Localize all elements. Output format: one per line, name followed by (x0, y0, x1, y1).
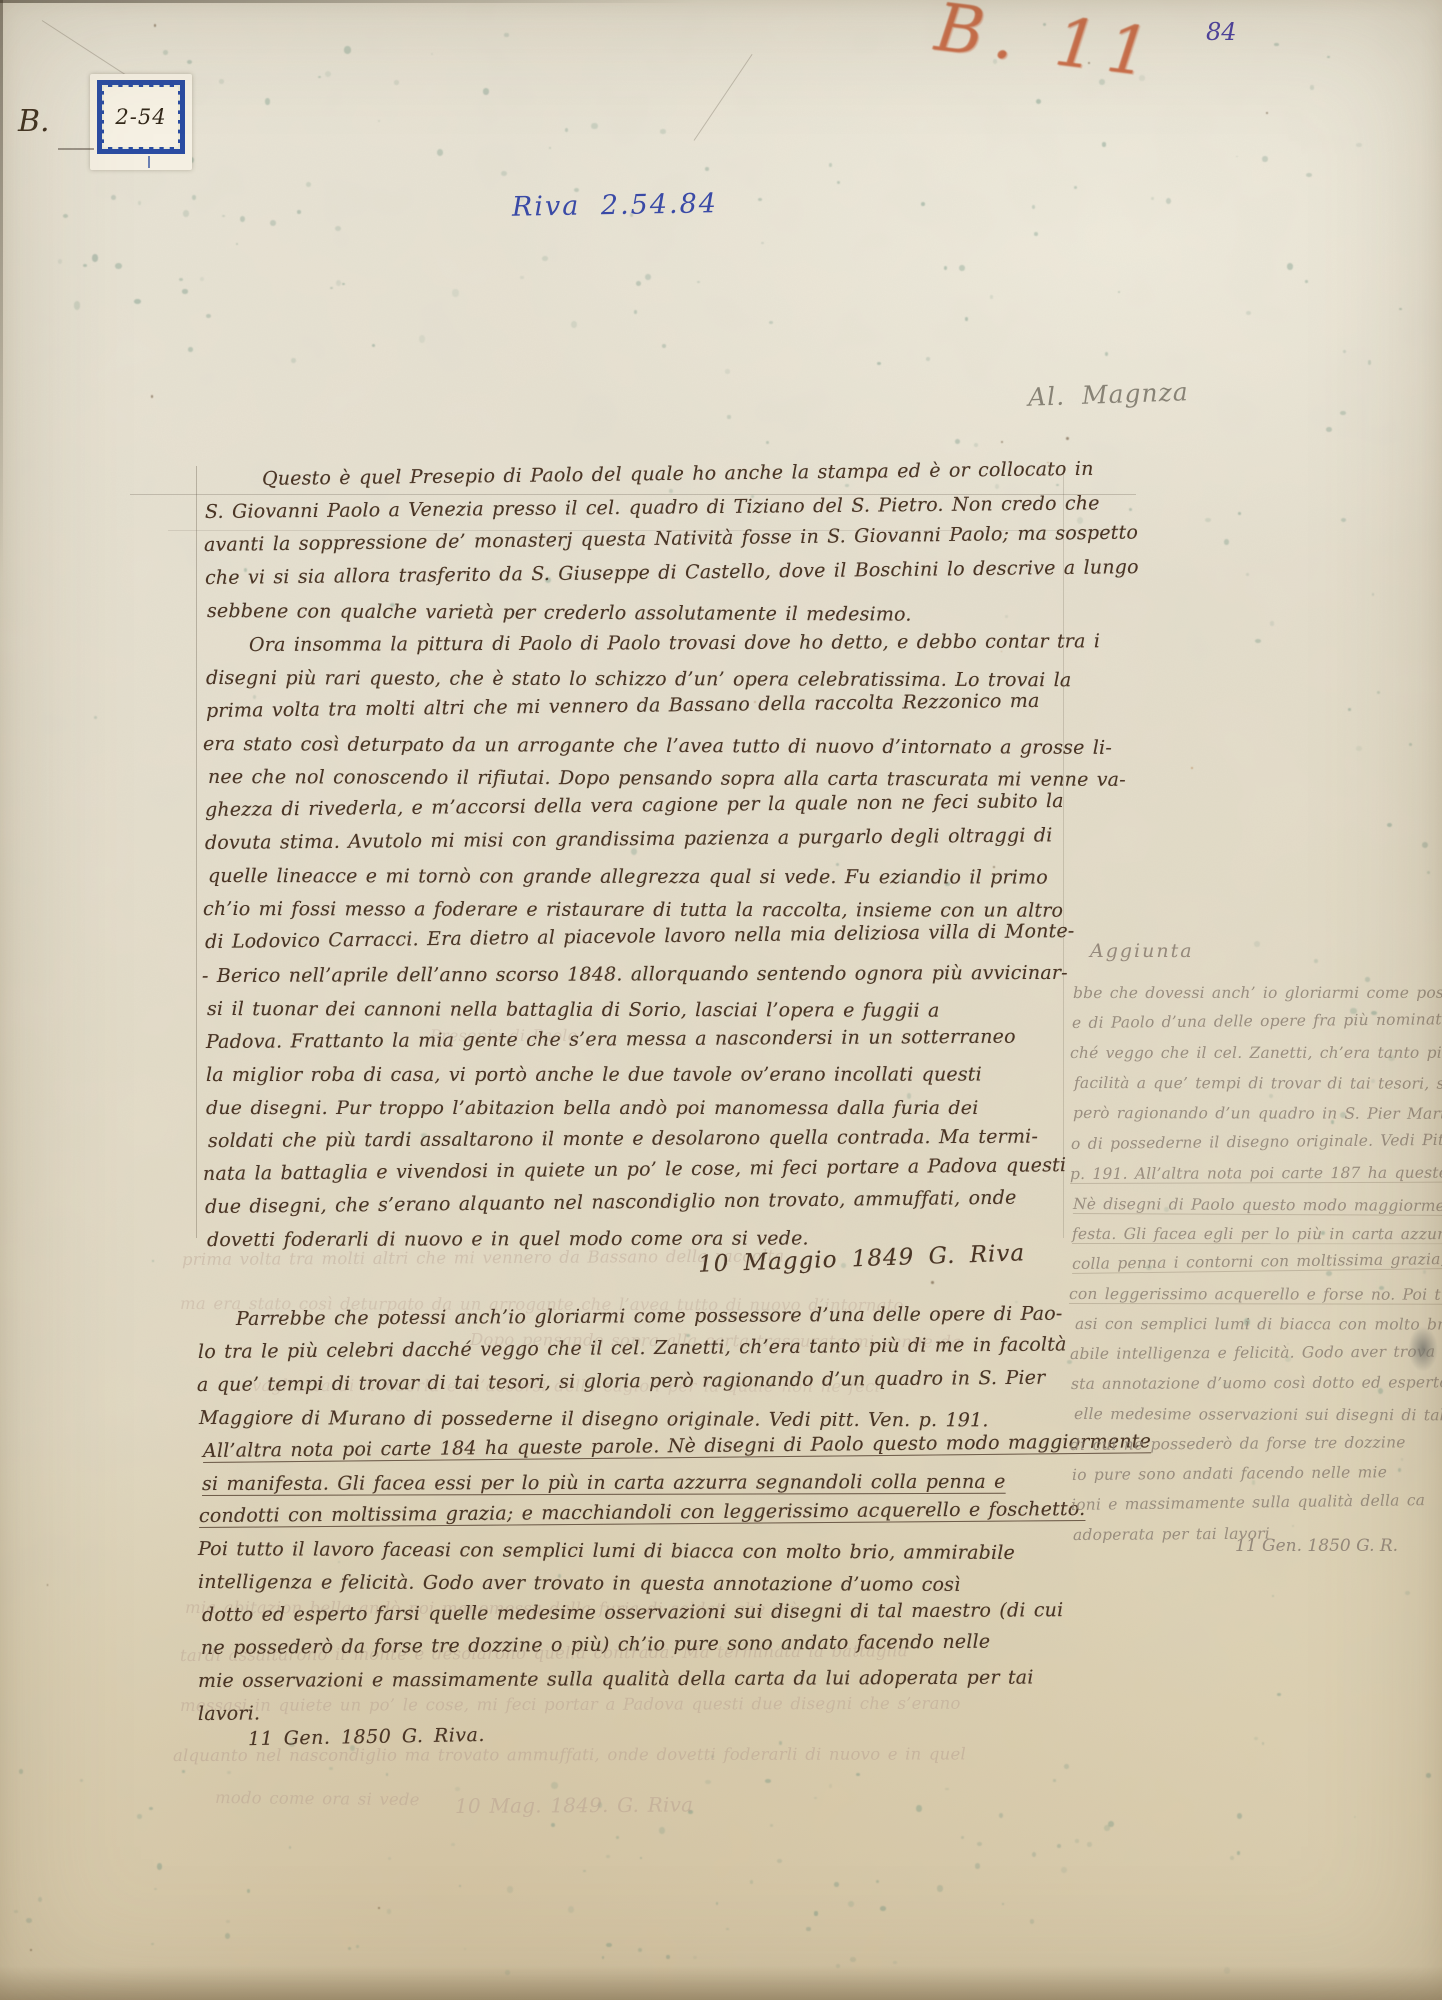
manuscript-line: sebbene con qualche varietà per crederlo… (207, 600, 912, 626)
manuscript-line: si il tuonar dei cannoni nella battaglia… (207, 998, 940, 1022)
manuscript-line: S. Giovanni Paolo a Venezia presso il ce… (205, 492, 1100, 523)
margin-addition-heading: Aggiunta (1090, 940, 1194, 962)
manuscript-line: - Berico nell’aprile dell’anno scorso 18… (202, 961, 1068, 986)
manuscript-line: mie osservazioni e massimamente sulla qu… (198, 1666, 1034, 1691)
pencil-dash (58, 148, 94, 150)
margin-line: di cui ne possederò da forse tre dozzine (1070, 1433, 1406, 1454)
manuscript-line: Ora insomma la pittura di Paolo di Paolo… (249, 630, 1100, 656)
manuscript-line: Parrebbe che potessi anch’io gloriarmi c… (236, 1303, 1063, 1330)
catalog-label-number: 2-54 (115, 105, 166, 129)
collector-initial: B. (18, 104, 50, 139)
margin-line: io pure sono andati facendo nelle mie (1072, 1463, 1387, 1484)
margin-line: sta annotazione d’uomo così dotto ed esp… (1071, 1374, 1442, 1394)
margin-line: o di possederne il disegno originale. Ve… (1071, 1130, 1442, 1152)
manuscript-line: condotti con moltissima grazia; e macchi… (199, 1498, 1086, 1527)
manuscript-line: ch’io mi fossi messo a foderare e ristau… (203, 898, 1063, 922)
manuscript-line: intelligenza e felicità. Godo aver trova… (198, 1571, 960, 1596)
date-signature-1850: 11 Gen. 1850 G. Riva. (248, 1724, 485, 1750)
margin-rule-right (1063, 466, 1064, 1238)
manuscript-line: due disegni, che s’erano alquanto nel na… (205, 1187, 1017, 1218)
margin-line: asi con semplici lumi di biacca con molt… (1075, 1315, 1442, 1334)
paper-edge-top (0, 0, 700, 3)
manuscript-line: di Lodovico Carracci. Era dietro al piac… (205, 920, 1075, 953)
manuscript-line: disegni più rari questo, che è stato lo … (206, 667, 1071, 691)
red-chalk-mark: B. 11 (931, 0, 1163, 92)
margin-line: festa. Gli facea egli per lo più in cart… (1072, 1225, 1442, 1243)
manuscript-line: era stato così deturpato da un arrogante… (203, 733, 1112, 759)
manuscript-line: lo tra le più celebri dacché veggo che i… (198, 1333, 1067, 1363)
manuscript-line: dotto ed esperto farsi quelle medesime o… (202, 1599, 1064, 1626)
margin-line: bbe che dovessi anch’ io gloriarmi come … (1073, 984, 1442, 1002)
margin-addition-date: 11 Gen. 1850 G. R. (1235, 1536, 1398, 1556)
manuscript-line: nee che nol conoscendo il rifiutai. Dopo… (208, 766, 1126, 791)
corner-number: 84 (1206, 18, 1237, 46)
manuscript-line: dovetti foderarli di nuovo e in quel mod… (207, 1228, 809, 1252)
margin-line: però ragionando d’un quadro in S. Pier M… (1073, 1104, 1442, 1123)
margin-line: p. 191. All’altra nota poi carte 187 ha … (1070, 1163, 1442, 1183)
manuscript-page: B. 2-54 Riva 2.54.84 B. 11 84 Al. Magnza… (0, 0, 1442, 2000)
manuscript-line: che vi si sia allora trasferito da S. Gi… (205, 556, 1139, 589)
margin-line: ché veggo che il cel. Zanetti, ch’era ta… (1070, 1044, 1442, 1062)
margin-line: con leggerissimo acquerello e forse no. … (1069, 1285, 1442, 1304)
manuscript-line: prima volta tra molti altri che mi venne… (205, 690, 1039, 722)
margin-line: ioni e massimamente sulla qualità della … (1071, 1491, 1425, 1514)
manuscript-line: quelle lineacce e mi tornò con grande al… (208, 865, 1048, 889)
show-through-line: modo come ora si vede (215, 1788, 420, 1809)
paper-edge-left (0, 0, 3, 580)
margin-line: abile intelligenza e felicità. Godo aver… (1070, 1343, 1435, 1363)
manuscript-line: a que’ tempi di trovar di tai tesori, si… (197, 1366, 1046, 1395)
margin-rule-left (196, 466, 197, 1238)
manuscript-line: si manifesta. Gli facea essi per lo più … (202, 1470, 1006, 1494)
margin-line: facilità a que’ tempi di trovar di tai t… (1074, 1074, 1442, 1093)
manuscript-line: lavori. (198, 1702, 260, 1725)
margin-line: e di Paolo d’una delle opere fra più nom… (1072, 1010, 1442, 1032)
manuscript-line: Padova. Frattanto la mia gente che s’era… (206, 1025, 1016, 1052)
catalog-label: 2-54 (90, 74, 192, 170)
margin-line: Nè disegni di Paolo questo modo maggiorm… (1073, 1195, 1442, 1215)
stain-blob (1408, 1326, 1438, 1372)
paper-edge-bottom (0, 1966, 1442, 2000)
manuscript-line: ghezza di rivederla, e m’accorsi della v… (205, 790, 1064, 821)
paper-crease (694, 54, 753, 141)
manuscript-line: Maggiore di Murano di possederne il dise… (199, 1407, 989, 1431)
manuscript-line: dovuta stima. Avutolo mi misi con grandi… (205, 824, 1053, 854)
manuscript-line: All’altra nota poi carte 184 ha queste p… (203, 1430, 1151, 1462)
inventory-inscription: Riva 2.54.84 (512, 188, 718, 223)
show-through-line: messasi in quiete un po’ le cose, mi fec… (180, 1694, 961, 1715)
manuscript-line: Poi tutto il lavoro faceasi con semplici… (198, 1538, 1015, 1564)
manuscript-line: nata la battaglia e vivendosi in quiete … (202, 1154, 1065, 1185)
manuscript-line: soldati che più tardi assaltarono il mon… (208, 1126, 1038, 1152)
manuscript-line: avanti la soppressione de’ monasterj que… (204, 522, 1138, 557)
manuscript-line: la miglior roba di casa, vi portò anche … (205, 1063, 981, 1085)
show-through-line: 10 Mag. 1849. G. Riva (455, 1792, 693, 1818)
margin-line: elle medesime osservazioni sui disegni d… (1074, 1405, 1442, 1424)
margin-line: colla penna i contorni con moltissima gr… (1071, 1249, 1442, 1273)
manuscript-line: due disegni. Pur troppo l’abitazion bell… (206, 1097, 979, 1119)
catalog-label-frame: 2-54 (97, 80, 185, 154)
pencil-annotation: Al. Magnza (1028, 377, 1190, 412)
manuscript-line: Questo è quel Presepio di Paolo del qual… (261, 458, 1093, 490)
catalog-label-tick (148, 156, 150, 168)
